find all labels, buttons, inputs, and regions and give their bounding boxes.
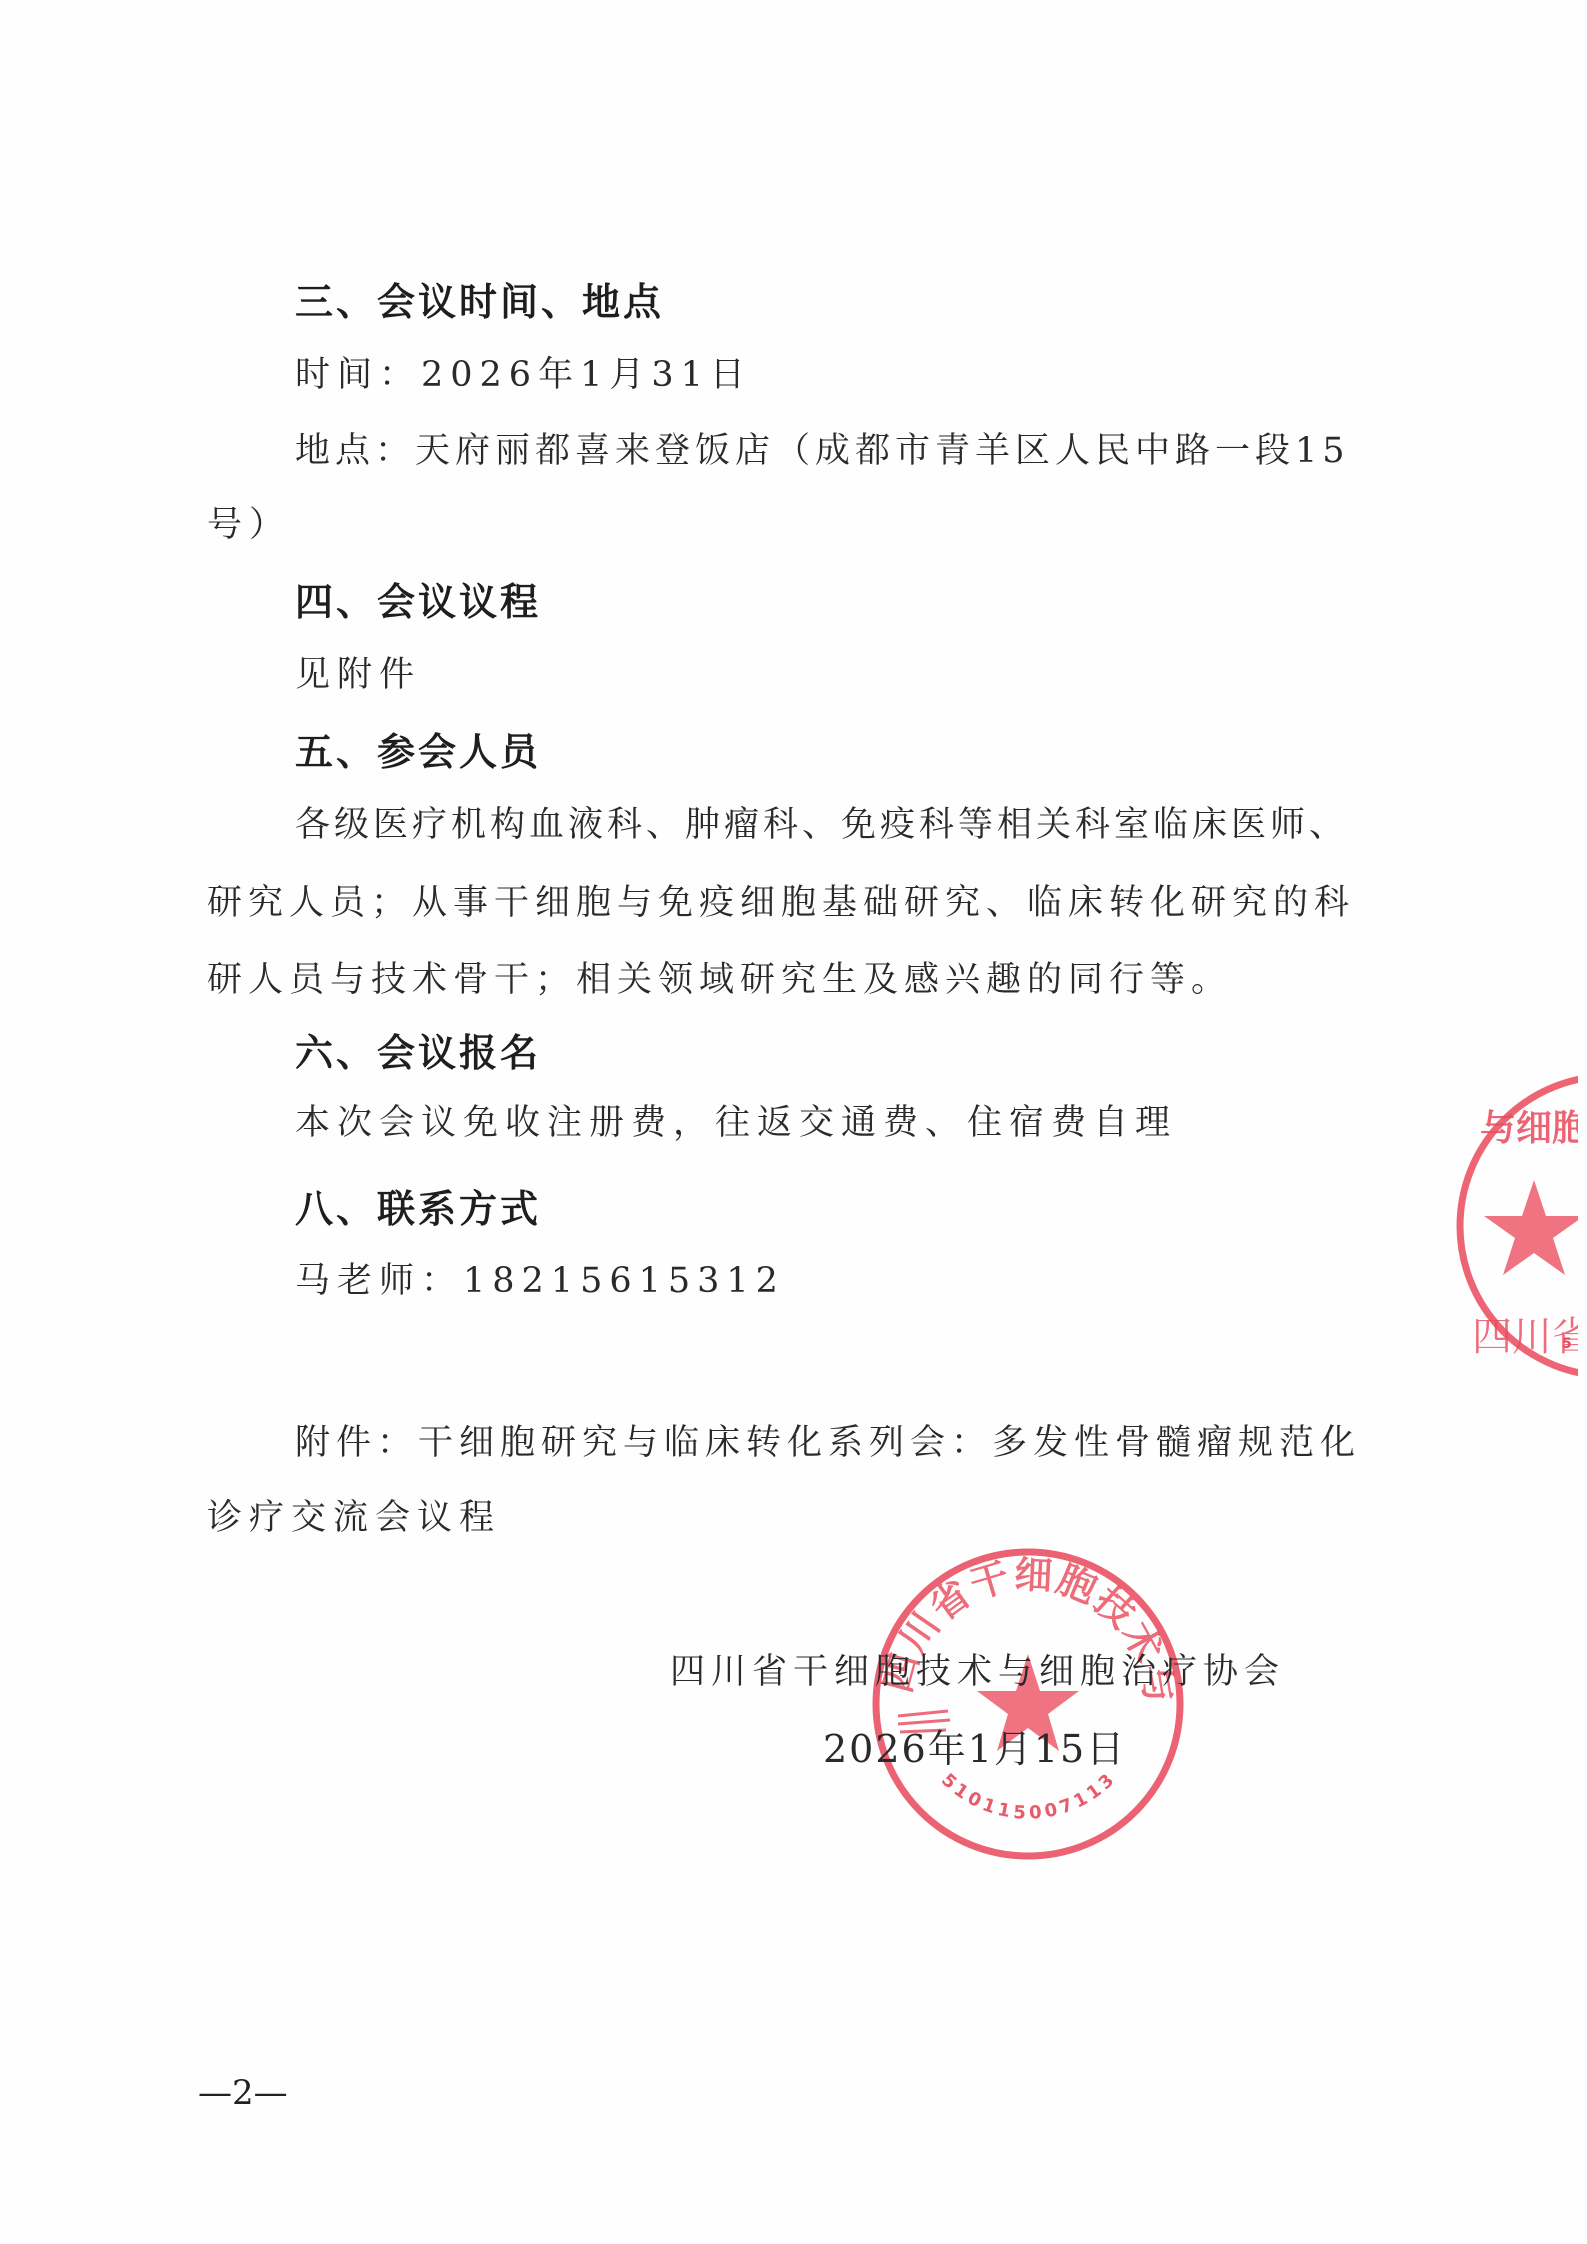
attachment-line1: 附件：干细胞研究与临床转化系列会：多发性骨髓瘤规范化 [295,1426,1361,1461]
attendees-line1: 各级医疗机构血液科、肿瘤科、免疫科等相关科室临床医师、 [295,808,1348,843]
document-page: 三、会议时间、地点 时间：2026年1月31日 地点：天府丽都喜来登饭店（成都市… [0,0,1587,2244]
section-heading-meeting-time-place: 三、会议时间、地点 [295,283,664,321]
page-number: —2— [198,2076,288,2110]
attachment-line2: 诊疗交流会议程 [207,1501,501,1536]
contact-info: 马老师：18215615312 [295,1264,785,1299]
seam-seal-star-icon [1484,1180,1578,1275]
attendees-line2: 研究人员；从事干细胞与免疫细胞基础研究、临床转化研究的科 [207,886,1355,921]
section-heading-contact: 八、联系方式 [295,1190,541,1228]
signature-date: 2026年1月15日 [823,1730,1126,1768]
seam-seal-mark: 5 [1562,1336,1572,1352]
section-heading-registration: 六、会议报名 [295,1034,541,1072]
registration-body: 本次会议免收注册费，往返交通费、住宿费自理 [295,1106,1177,1141]
agenda-body: 见附件 [295,658,421,693]
attendees-line3: 研人员与技术骨干；相关领域研究生及感兴趣的同行等。 [207,963,1232,998]
meeting-place-line2: 号） [207,508,291,543]
section-heading-attendees: 五、参会人员 [295,733,541,771]
signature-organization: 四川省干细胞技术与细胞治疗协会 [670,1655,1285,1690]
official-seal-stamp: 四川省干细胞技术与细胞治疗协会 5101150071132 [868,1546,1188,1866]
seam-seal-stamp: 与细胞治 四川省 5 [1450,1070,1578,1382]
section-heading-agenda: 四、会议议程 [295,583,541,621]
seam-seal-top-text: 与细胞治 [1480,1108,1578,1149]
meeting-time: 时间：2026年1月31日 [295,358,752,393]
meeting-place-line1: 地点：天府丽都喜来登饭店（成都市青羊区人民中路一段15 [295,434,1350,469]
